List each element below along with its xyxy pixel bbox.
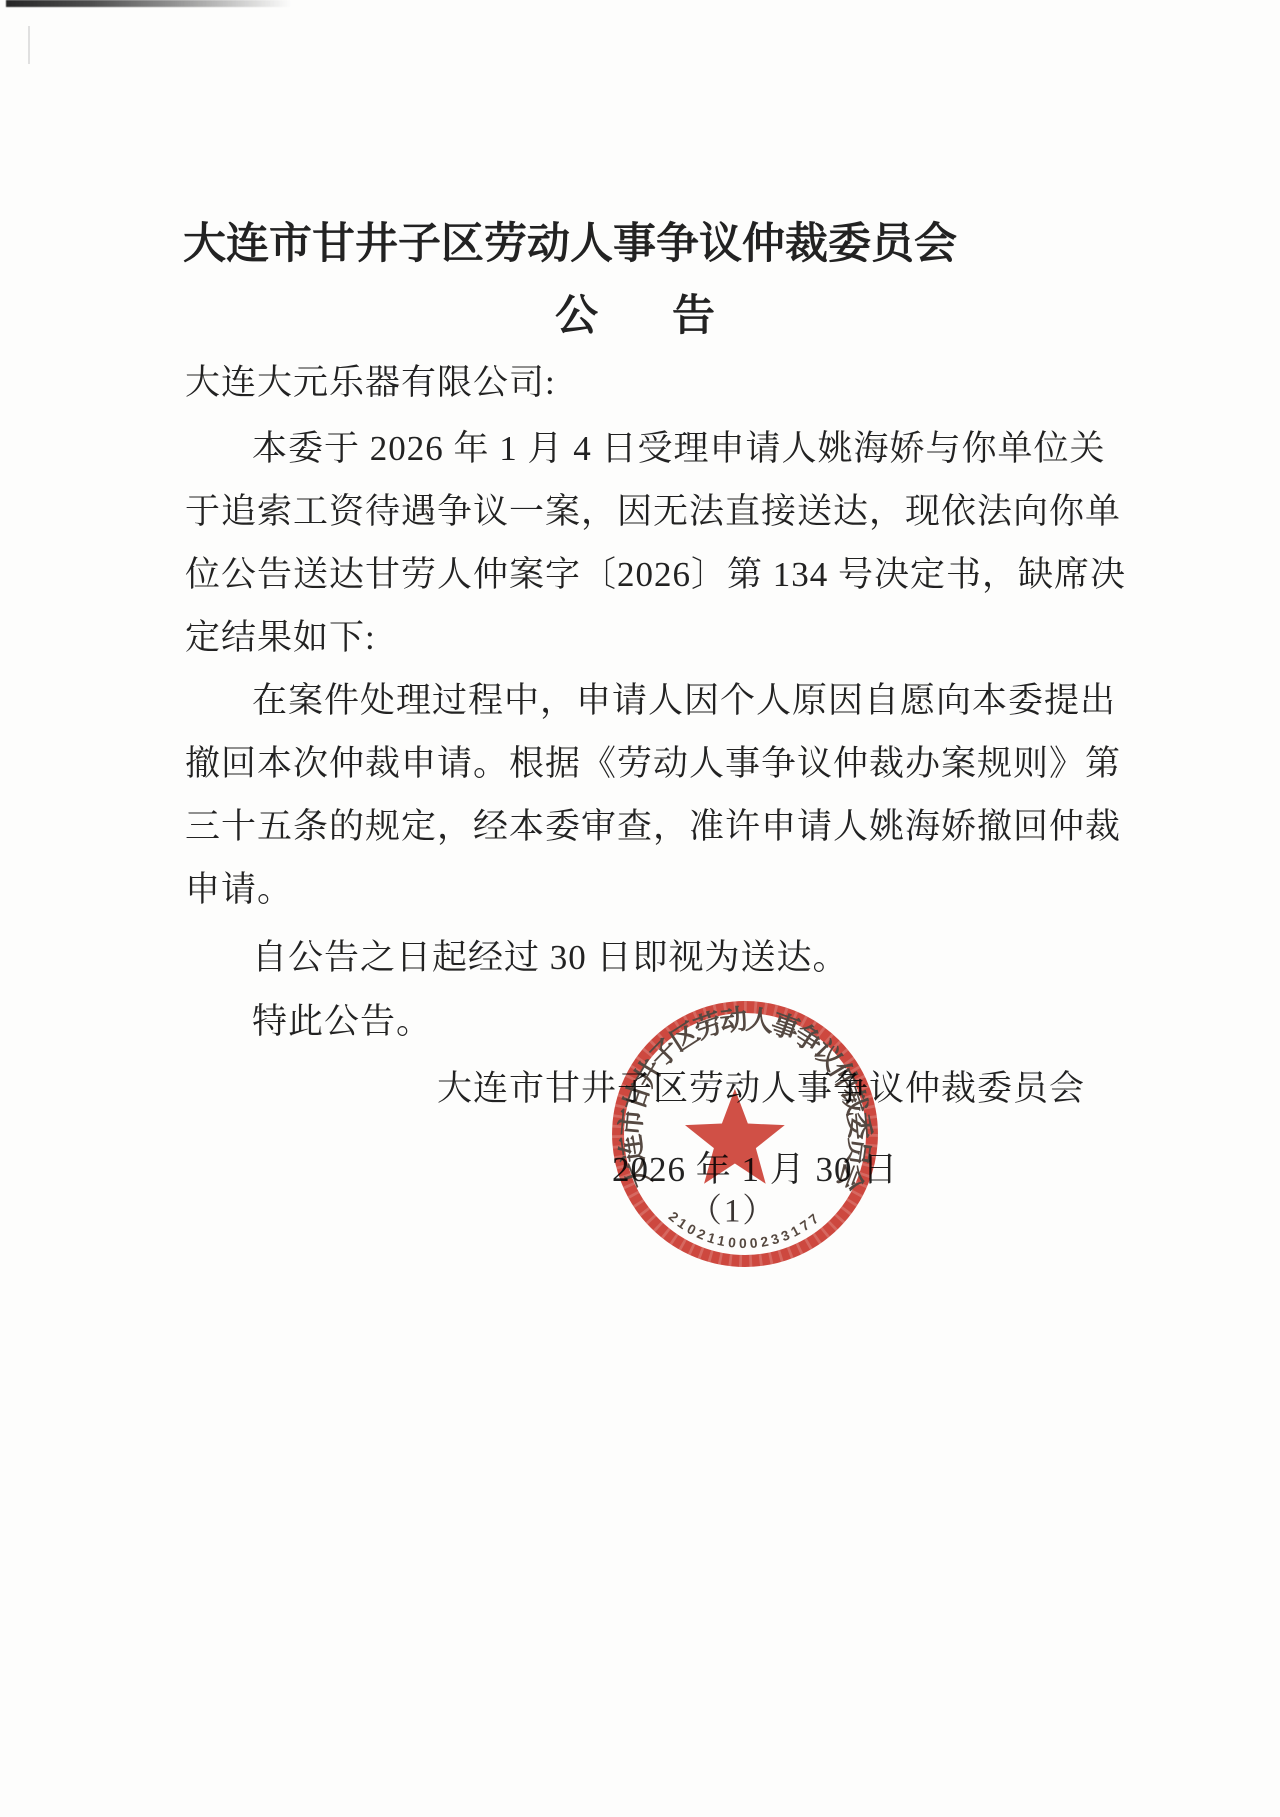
body-line: 于追索工资待遇争议一案，因无法直接送达，现依法向你单 [185,487,1085,537]
addressee-line: 大连大元乐器有限公司: [185,358,1085,408]
announcement-heading-char-left: 公 [555,282,598,343]
official-seal: 大连市甘井子区劳动人事争议仲裁委员会 210211000233177 （1） [607,996,883,1272]
body-line: 定结果如下: [185,613,1085,663]
seal-star-icon [685,1089,785,1184]
announcement-heading: 公 告 [185,282,1085,343]
committee-title: 大连市甘井子区劳动人事争议仲裁委员会 [130,210,1010,271]
body-line: 自公告之日起经过 30 日即视为送达。 [185,933,1152,983]
body-line: 本委于 2026 年 1 月 4 日受理申请人姚海娇与你单位关 [185,424,1152,474]
announcement-heading-char-right: 告 [672,282,715,343]
announcement-document: 大连市甘井子区劳动人事争议仲裁委员会 公 告 大连大元乐器有限公司: 本委于 2… [0,0,1280,1817]
body-line: 在案件处理过程中，申请人因个人原因自愿向本委提出 [185,676,1152,726]
scan-artifact-left [28,26,30,64]
body-line: 三十五条的规定，经本委审查，准许申请人姚海娇撤回仲裁 [185,802,1085,852]
body-line: 申请。 [185,865,1085,915]
body-line: 位公告送达甘劳人仲案字〔2026〕第 134 号决定书，缺席决 [185,550,1085,600]
seal-copy-label: （1） [689,1192,777,1229]
body-line: 撤回本次仲裁申请。根据《劳动人事争议仲裁办案规则》第 [185,739,1085,789]
scan-artifact-top [6,0,291,7]
